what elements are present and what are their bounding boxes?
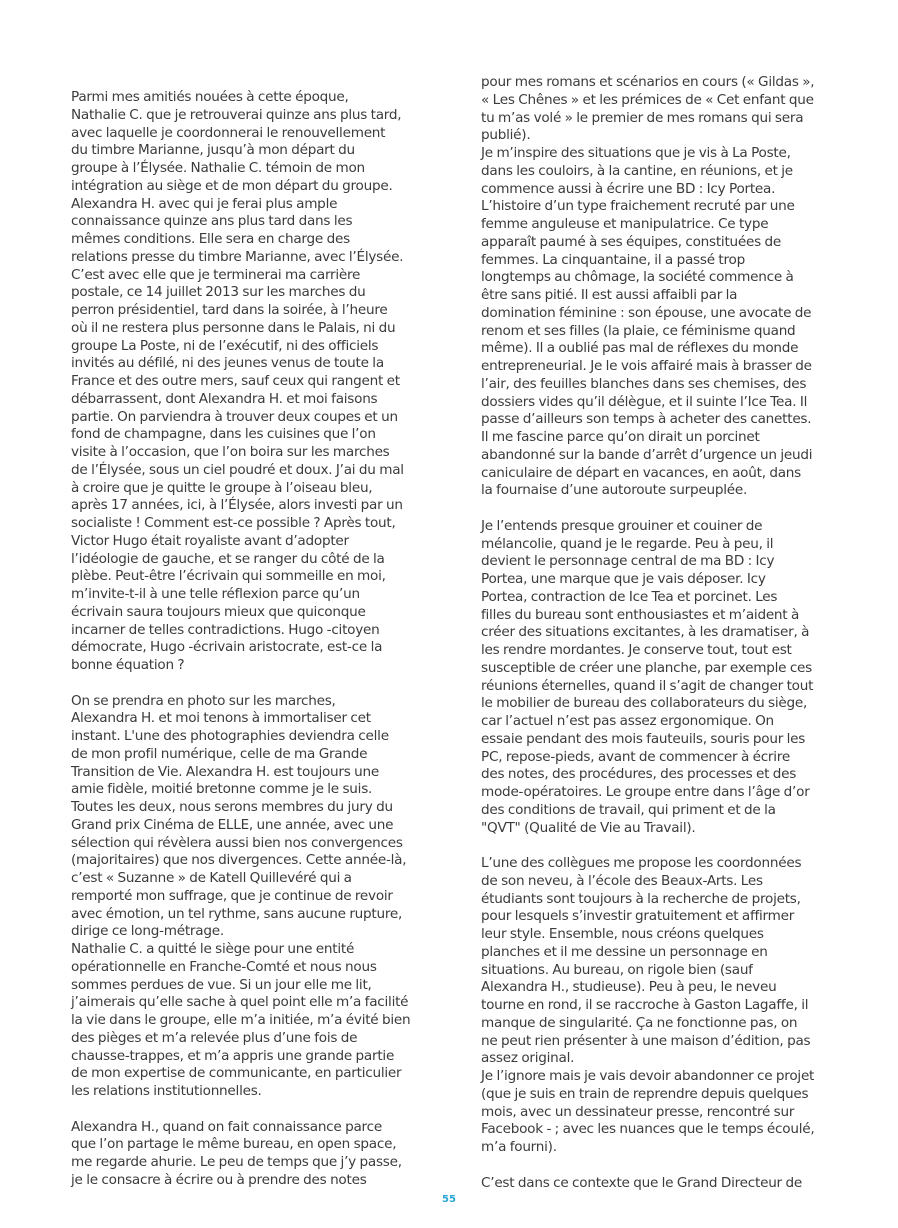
text-line: écrivain saura toujours mieux que quicon… [71,604,431,622]
text-line: tu m’as volé » le premier de mes romans … [481,110,841,128]
text-line: le mobilier de bureau des collaborateurs… [481,695,841,713]
text-line: de mon profil numérique, celle de ma Gra… [71,746,431,764]
text-line: démocrate, Hugo -écrivain aristocrate, e… [71,639,431,657]
text-line: Il me fascine parce qu’on dirait un porc… [481,429,841,447]
text-line: opérationnelle en Franche-Comté et nous … [71,959,431,977]
text-line: planches et il me dessine un personnage … [481,944,841,962]
paragraph-gap [71,1101,431,1119]
text-line: remporté mon suffrage, que je continue d… [71,888,431,906]
paragraph-gap [71,675,431,693]
text-line: débarrassent, dont Alexandra H. et moi f… [71,391,431,409]
text-line: des conditions de travail, qui priment e… [481,802,841,820]
text-line: connaissance quinze ans plus tard dans l… [71,213,431,231]
text-line: Alexandra H., quand on fait connaissance… [71,1119,431,1137]
text-line: France et des outre mers, sauf ceux qui … [71,373,431,391]
text-line: devient le personnage central de ma BD :… [481,553,841,571]
text-line: sommes perdues de vue. Si un jour elle m… [71,977,431,995]
text-line: L’histoire d’un type fraichement recruté… [481,198,841,216]
text-line: Facebook - ; avec les nuances que le tem… [481,1121,841,1139]
text-line: instant. L'une des photographies deviend… [71,728,431,746]
text-line: essaie pendant des mois fauteuils, souri… [481,731,841,749]
text-line: relations presse du timbre Marianne, ave… [71,249,431,267]
text-line: dirige ce long-métrage. [71,923,431,941]
text-line: abandonné sur la bande d’arrêt d’urgence… [481,447,841,465]
text-line: filles du bureau sont enthousiastes et m… [481,607,841,625]
text-line: femmes. La cinquantaine, il a passé trop [481,252,841,270]
text-line: (que je suis en train de reprendre depui… [481,1086,841,1104]
text-line: Je m’inspire des situations que je vis à… [481,145,841,163]
text-line: manque de singularité. Ça ne fonctionne … [481,1015,841,1033]
text-line: Alexandra H., studieuse). Peu à peu, le … [481,979,841,997]
text-line: du timbre Marianne, jusqu’à mon départ d… [71,142,431,160]
text-line: des notes, des procédures, des processes… [481,766,841,784]
text-line: Victor Hugo était royaliste avant d’adop… [71,533,431,551]
text-line: être sans pitié. Il est aussi affaibli p… [481,287,841,305]
text-line: PC, repose-pieds, avant de commencer à é… [481,749,841,767]
text-line: femme anguleuse et manipulatrice. Ce typ… [481,216,841,234]
text-line: de l’Élysée, sous un ciel poudré et doux… [71,462,431,480]
text-line: susceptible de créer une planche, par ex… [481,660,841,678]
text-line: "QVT" (Qualité de Vie au Travail). [481,820,841,838]
text-line: après 17 années, ici, à l’Élysée, alors … [71,497,431,515]
text-line: à croire que je quitte le groupe à l’ois… [71,480,431,498]
paragraph-gap [481,1157,841,1175]
text-line: même). Il a oublié pas mal de réflexes d… [481,340,841,358]
text-line: C’est avec elle que je terminerai ma car… [71,267,431,285]
text-line: invités au défilé, ni des jeunes venus d… [71,355,431,373]
paragraph-gap [481,837,841,855]
text-line: dans les couloirs, à la cantine, en réun… [481,163,841,181]
text-line: Alexandra H. avec qui je ferai plus ampl… [71,196,431,214]
text-line: partie. On parviendra à trouver deux cou… [71,409,431,427]
text-line: dossiers vides qu’il délègue, et il suin… [481,394,841,412]
text-line: où il ne restera plus personne dans le P… [71,320,431,338]
text-line: Transition de Vie. Alexandra H. est touj… [71,764,431,782]
text-line: amie fidèle, moitié bretonne comme je le… [71,781,431,799]
right-text-column: pour mes romans et scénarios en cours («… [481,74,841,1192]
text-line: On se prendra en photo sur les marches, [71,693,431,711]
text-line: passe d’ailleurs son temps à acheter des… [481,411,841,429]
text-line: postale, ce 14 juillet 2013 sur les marc… [71,284,431,302]
text-line: incarner de telles contradictions. Hugo … [71,622,431,640]
left-text-column: Parmi mes amitiés nouées à cette époque,… [71,89,431,1190]
text-line: commence aussi à écrire une BD : Icy Por… [481,181,841,199]
document-page: Parmi mes amitiés nouées à cette époque,… [0,0,898,1228]
text-line: avec laquelle je coordonnerai le renouve… [71,125,431,143]
text-line: Je l’ignore mais je vais devoir abandonn… [481,1068,841,1086]
text-line: intégration au siège et de mon départ du… [71,178,431,196]
text-line: Je l’entends presque grouiner et couiner… [481,518,841,536]
text-line: car l’actuel n’est pas assez ergonomique… [481,713,841,731]
text-line: de mon expertise de communicante, en par… [71,1065,431,1083]
text-line: groupe à l’Élysée. Nathalie C. témoin de… [71,160,431,178]
text-line: l’air, des feuilles blanches dans ses ch… [481,376,841,394]
text-line: longtemps au chômage, la société commenc… [481,269,841,287]
text-line: assez original. [481,1050,841,1068]
text-line: perron présidentiel, tard dans la soirée… [71,302,431,320]
text-line: réunions éternelles, quand il s’agit de … [481,678,841,696]
text-line: m’invite-t-il à une telle réflexion parc… [71,586,431,604]
text-line: la vie dans le groupe, elle m’a initiée,… [71,1012,431,1030]
text-line: tourne en rond, il se raccroche à Gaston… [481,997,841,1015]
text-line: que l’on partage le même bureau, en open… [71,1136,431,1154]
text-line: apparaît paumé à ses équipes, constituée… [481,234,841,252]
text-line: visite à l’occasion, que l’on boira sur … [71,444,431,462]
text-line: pour mes romans et scénarios en cours («… [481,74,841,92]
text-line: de son neveu, à l’école des Beaux-Arts. … [481,873,841,891]
text-line: « Les Chênes » et les prémices de « Cet … [481,92,841,110]
text-line: les rendre mordantes. Je conserve tout, … [481,642,841,660]
text-line: entrepreneurial. Je le vois affairé mais… [481,358,841,376]
text-line: groupe La Poste, ni de l’exécutif, ni de… [71,338,431,356]
text-line: sélection qui révèlera aussi bien nos co… [71,835,431,853]
text-line: socialiste ! Comment est-ce possible ? A… [71,515,431,533]
text-line: (majoritaires) que nos divergences. Cett… [71,852,431,870]
text-line: mêmes conditions. Elle sera en charge de… [71,231,431,249]
text-line: plèbe. Peut-être l’écrivain qui sommeill… [71,568,431,586]
text-line: étudiants sont toujours à la recherche d… [481,891,841,909]
text-line: leur style. Ensemble, nous créons quelqu… [481,926,841,944]
text-line: Nathalie C. a quitté le siège pour une e… [71,941,431,959]
text-line: Portea, contraction de Ice Tea et porcin… [481,589,841,607]
text-line: les relations institutionnelles. [71,1083,431,1101]
text-line: L’une des collègues me propose les coord… [481,855,841,873]
text-line: Parmi mes amitiés nouées à cette époque, [71,89,431,107]
text-line: Portea, une marque que je vais déposer. … [481,571,841,589]
text-line: m’a fourni). [481,1139,841,1157]
text-line: la fournaise d’une autoroute surpeuplée. [481,482,841,500]
text-line: fond de champagne, dans les cuisines que… [71,426,431,444]
text-line: C’est dans ce contexte que le Grand Dire… [481,1175,841,1193]
text-line: Toutes les deux, nous serons membres du … [71,799,431,817]
text-line: me regarde ahurie. Le peu de temps que j… [71,1154,431,1172]
text-line: Nathalie C. que je retrouverai quinze an… [71,107,431,125]
text-line: chausse-trappes, et m’a appris une grand… [71,1048,431,1066]
text-line: mode-opératoires. Le groupe entre dans l… [481,784,841,802]
text-line: renom et ses filles (la plaie, ce fémini… [481,323,841,341]
text-line: situations. Au bureau, on rigole bien (s… [481,962,841,980]
text-line: mélancolie, quand je le regarde. Peu à p… [481,536,841,554]
text-line: des pièges et m’a relevée plus d’une foi… [71,1030,431,1048]
text-line: mois, avec un dessinateur presse, rencon… [481,1104,841,1122]
text-line: caniculaire de départ en vacances, en ao… [481,465,841,483]
text-line: domination féminine : son épouse, une av… [481,305,841,323]
text-line: l’idéologie de gauche, et se ranger du c… [71,551,431,569]
text-line: publié). [481,127,841,145]
text-line: pour lesquels s’investir gratuitement et… [481,908,841,926]
page-number: 55 [0,1194,898,1205]
text-line: bonne équation ? [71,657,431,675]
text-line: c’est « Suzanne » de Katell Quillevéré q… [71,870,431,888]
text-line: ne peut rien présenter à une maison d’éd… [481,1033,841,1051]
text-line: j’aimerais qu’elle sache à quel point el… [71,994,431,1012]
text-line: avec émotion, un tel rythme, sans aucune… [71,906,431,924]
text-line: Grand prix Cinéma de ELLE, une année, av… [71,817,431,835]
text-line: Alexandra H. et moi tenons à immortalise… [71,710,431,728]
text-line: je le consacre à écrire ou à prendre des… [71,1172,431,1190]
paragraph-gap [481,500,841,518]
text-line: créer des situations excitantes, à les d… [481,624,841,642]
